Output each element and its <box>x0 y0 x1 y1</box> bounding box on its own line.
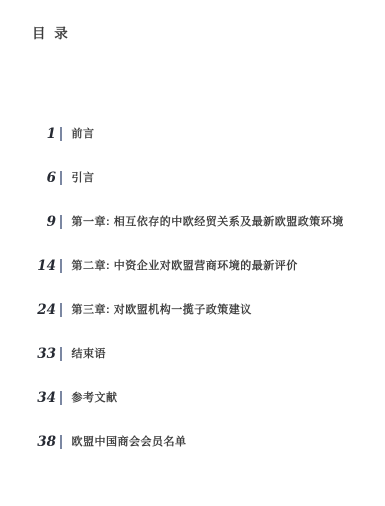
toc-entry[interactable]: 24 第三章: 对欧盟机构一揽子政策建议 <box>0 303 385 317</box>
toc-page-number: 33 <box>0 347 56 361</box>
separator-bar <box>60 171 62 185</box>
toc-entry-label: 欧盟中国商会会员名单 <box>72 435 187 449</box>
page-title: 目 录 <box>32 26 70 41</box>
toc-list: 1 前言 6 引言 9 第一章: 相互依存的中欧经贸关系及最新欧盟政策环境 14… <box>0 127 385 479</box>
separator-bar <box>60 303 62 317</box>
toc-entry[interactable]: 34 参考文献 <box>0 391 385 405</box>
separator-bar <box>60 435 62 449</box>
toc-entry[interactable]: 9 第一章: 相互依存的中欧经贸关系及最新欧盟政策环境 <box>0 215 385 229</box>
toc-entry[interactable]: 1 前言 <box>0 127 385 141</box>
toc-entry[interactable]: 6 引言 <box>0 171 385 185</box>
toc-entry-label: 第三章: 对欧盟机构一揽子政策建议 <box>72 303 252 317</box>
toc-page-number: 24 <box>0 303 56 317</box>
toc-entry[interactable]: 14 第二章: 中资企业对欧盟营商环境的最新评价 <box>0 259 385 273</box>
separator-bar <box>60 259 62 273</box>
toc-page-number: 14 <box>0 259 56 273</box>
toc-entry-label: 第一章: 相互依存的中欧经贸关系及最新欧盟政策环境 <box>72 215 344 229</box>
toc-entry-label: 前言 <box>72 127 95 141</box>
separator-bar <box>60 391 62 405</box>
toc-page-number: 1 <box>0 127 56 141</box>
separator-bar <box>60 127 62 141</box>
toc-entry[interactable]: 33 结束语 <box>0 347 385 361</box>
toc-entry-label: 结束语 <box>72 347 107 361</box>
separator-bar <box>60 215 62 229</box>
toc-entry-label: 参考文献 <box>72 391 118 405</box>
toc-page-number: 34 <box>0 391 56 405</box>
toc-page-number: 9 <box>0 215 56 229</box>
toc-entry-label: 引言 <box>72 171 95 185</box>
toc-page-number: 38 <box>0 435 56 449</box>
separator-bar <box>60 347 62 361</box>
toc-entry-label: 第二章: 中资企业对欧盟营商环境的最新评价 <box>72 259 298 273</box>
toc-page-number: 6 <box>0 171 56 185</box>
toc-entry[interactable]: 38 欧盟中国商会会员名单 <box>0 435 385 449</box>
